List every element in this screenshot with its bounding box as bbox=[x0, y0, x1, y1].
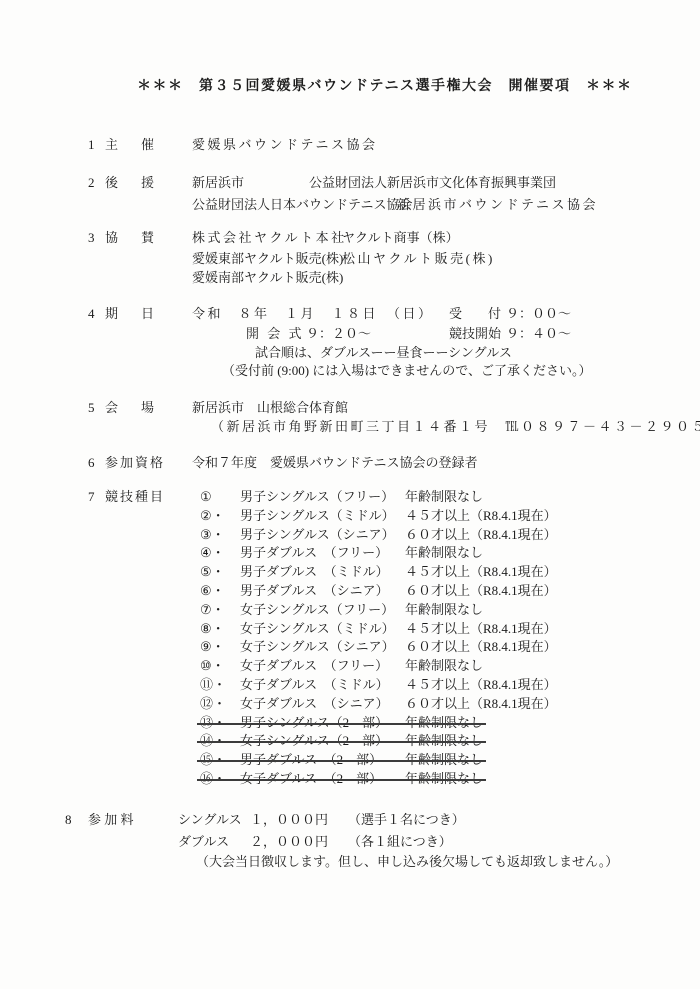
event-row: ⑥・ 男子ダブルス （シニア） ６０才以上（R8.4.1現在） bbox=[200, 582, 557, 601]
event-number: ⑩・ bbox=[200, 657, 240, 676]
section6-label: 参加資格 bbox=[105, 456, 165, 470]
reception-label: 受 付 bbox=[449, 307, 501, 321]
start-time: ９：４０～ bbox=[506, 327, 571, 341]
start-label: 競技開始 bbox=[449, 327, 501, 341]
fee-collection-note: （大会当日徴収します。但し、申し込み後欠場しても返却致しません。） bbox=[196, 855, 618, 869]
event-row: ⑧・ 女子シングルス（ミドル） ４５才以上（R8.4.1現在） bbox=[200, 620, 557, 639]
section7-number: 7 bbox=[88, 490, 95, 504]
event-row: ⑦・ 女子シングルス（フリー） 年齢制限なし bbox=[200, 601, 483, 620]
event-name: 女子ダブルス （2 部） bbox=[240, 770, 405, 789]
event-date: 令和 ８年 １月 １８日 （日） bbox=[192, 307, 434, 321]
opening-time: ９：２０～ bbox=[306, 327, 371, 341]
eligibility-text: 令和７年度 愛媛県バウンドテニス協会の登録者 bbox=[192, 456, 477, 470]
event-name: 女子シングルス（シニア） bbox=[240, 638, 405, 657]
event-age-restriction: 年齢制限なし bbox=[405, 751, 483, 770]
event-row: ① 男子シングルス（フリー） 年齢制限なし bbox=[200, 488, 483, 507]
event-age-restriction: ６０才以上（R8.4.1現在） bbox=[405, 582, 557, 601]
event-number: ⑪・ bbox=[200, 676, 240, 695]
event-age-restriction: 年齢制限なし bbox=[405, 714, 483, 733]
event-number: ⑮・ bbox=[200, 751, 240, 770]
fee1-type: シングルス bbox=[178, 813, 242, 827]
event-age-restriction: ６０才以上（R8.4.1現在） bbox=[405, 526, 557, 545]
section3-label: 協 賛 bbox=[105, 231, 159, 245]
event-row: ⑤・ 男子ダブルス （ミドル） ４５才以上（R8.4.1現在） bbox=[200, 563, 557, 582]
supporter-1: 新居浜市 bbox=[192, 176, 244, 190]
event-age-restriction: 年齢制限なし bbox=[405, 601, 483, 620]
event-name: 男子シングルス（シニア） bbox=[240, 526, 405, 545]
document-page: ＊＊＊ 第３５回愛媛県バウンドテニス選手権大会 開催要項 ＊＊＊ 1 主 催 愛… bbox=[0, 0, 700, 989]
event-age-restriction: 年齢制限なし bbox=[405, 657, 483, 676]
supporter-4: 新居浜市バウンドテニス協会 bbox=[397, 198, 598, 212]
supporter-3: 公益財団法人日本バウンドテニス協会 bbox=[192, 198, 412, 212]
sponsor-3: 愛媛東部ヤクルト販売(株) bbox=[192, 252, 343, 266]
event-number: ① bbox=[200, 488, 240, 507]
event-name: 男子シングルス（ミドル） bbox=[240, 507, 405, 526]
event-number: ⑬・ bbox=[200, 714, 240, 733]
section1-number: 1 bbox=[88, 138, 95, 152]
opening-label: 開 会 式 bbox=[246, 327, 304, 341]
sponsor-5: 愛媛南部ヤクルト販売(株) bbox=[192, 271, 343, 285]
event-row: ⑭・ 女子シングルス（2 部） 年齢制限なし bbox=[200, 732, 483, 751]
event-row: ⑫・ 女子ダブルス （シニア） ６０才以上（R8.4.1現在） bbox=[200, 695, 557, 714]
event-row: ②・ 男子シングルス（ミドル） ４５才以上（R8.4.1現在） bbox=[200, 507, 557, 526]
event-age-restriction: 年齢制限なし bbox=[405, 770, 483, 789]
event-number: ⑫・ bbox=[200, 695, 240, 714]
event-number: ⑦・ bbox=[200, 601, 240, 620]
event-age-restriction: ６０才以上（R8.4.1現在） bbox=[405, 638, 557, 657]
event-age-restriction: 年齢制限なし bbox=[405, 544, 483, 563]
venue-name: 新居浜市 山根総合体育館 bbox=[192, 401, 348, 415]
entry-note: （受付前 (9:00) には入場はできませんので、ご了承ください。） bbox=[222, 364, 592, 378]
event-age-restriction: ４５才以上（R8.4.1現在） bbox=[405, 620, 557, 639]
event-number: ⑤・ bbox=[200, 563, 240, 582]
section8-number: 8 bbox=[65, 813, 72, 827]
section7-label: 競技種目 bbox=[105, 490, 165, 504]
event-number: ④・ bbox=[200, 544, 240, 563]
match-order-note: 試合順は、ダブルスーー昼食ーーシングルス bbox=[255, 346, 512, 360]
event-name: 男子ダブルス （シニア） bbox=[240, 582, 405, 601]
event-number: ⑥・ bbox=[200, 582, 240, 601]
event-row: ⑬・ 男子シングルス（2 部） 年齢制限なし bbox=[200, 714, 483, 733]
event-age-restriction: 年齢制限なし bbox=[405, 732, 483, 751]
event-number: ⑭・ bbox=[200, 732, 240, 751]
event-name: 女子ダブルス （シニア） bbox=[240, 695, 405, 714]
doc-title: ＊＊＊ 第３５回愛媛県バウンドテニス選手権大会 開催要項 ＊＊＊ bbox=[137, 80, 632, 94]
section4-label: 期 日 bbox=[105, 307, 159, 321]
event-row: ⑩・ 女子ダブルス （フリー） 年齢制限なし bbox=[200, 657, 483, 676]
event-age-restriction: ４５才以上（R8.4.1現在） bbox=[405, 563, 557, 582]
event-name: 男子シングルス（2 部） bbox=[240, 714, 405, 733]
event-list: ① 男子シングルス（フリー） 年齢制限なし ②・ 男子シングルス（ミドル） ４５… bbox=[200, 488, 557, 789]
supporter-2: 公益財団法人新居浜市文化体育振興事業団 bbox=[309, 176, 556, 190]
section6-number: 6 bbox=[88, 456, 95, 470]
event-number: ⑨・ bbox=[200, 638, 240, 657]
section2-label: 後 援 bbox=[105, 176, 159, 190]
event-age-restriction: ４５才以上（R8.4.1現在） bbox=[405, 676, 557, 695]
reception-time: ９：００～ bbox=[506, 307, 571, 321]
event-age-restriction: 年齢制限なし bbox=[405, 488, 483, 507]
sponsor-2: ヤクルト商事（株） bbox=[342, 231, 459, 245]
fee2-type: ダブルス bbox=[178, 835, 229, 849]
sponsor-4: 松山ヤクルト販売(株) bbox=[342, 252, 495, 266]
event-name: 女子ダブルス （ミドル） bbox=[240, 676, 405, 695]
event-row: ③・ 男子シングルス（シニア） ６０才以上（R8.4.1現在） bbox=[200, 526, 557, 545]
section4-number: 4 bbox=[88, 307, 95, 321]
section2-number: 2 bbox=[88, 176, 95, 190]
fee2-amount: ２，０００円 bbox=[250, 835, 328, 849]
sponsor-1: 株式会社ヤクルト本社 bbox=[192, 231, 347, 245]
event-name: 女子シングルス（2 部） bbox=[240, 732, 405, 751]
event-name: 男子ダブルス （ミドル） bbox=[240, 563, 405, 582]
event-row: ⑯・ 女子ダブルス （2 部） 年齢制限なし bbox=[200, 770, 483, 789]
event-number: ⑯・ bbox=[200, 770, 240, 789]
event-row: ⑪・ 女子ダブルス （ミドル） ４５才以上（R8.4.1現在） bbox=[200, 676, 557, 695]
section5-number: 5 bbox=[88, 401, 95, 415]
section1-label: 主 催 bbox=[105, 138, 159, 152]
event-name: 女子シングルス（ミドル） bbox=[240, 620, 405, 639]
fee1-note: （選手１名につき） bbox=[348, 813, 465, 827]
section8-label: 参 加 料 bbox=[88, 813, 134, 827]
event-name: 男子シングルス（フリー） bbox=[240, 488, 405, 507]
event-name: 男子ダブルス （2 部） bbox=[240, 751, 405, 770]
event-row: ④・ 男子ダブルス （フリー） 年齢制限なし bbox=[200, 544, 483, 563]
section5-label: 会 場 bbox=[105, 401, 159, 415]
event-row: ⑨・ 女子シングルス（シニア） ６０才以上（R8.4.1現在） bbox=[200, 638, 557, 657]
organizer: 愛媛県バウンドテニス協会 bbox=[192, 138, 377, 152]
event-name: 女子ダブルス （フリー） bbox=[240, 657, 405, 676]
event-age-restriction: ６０才以上（R8.4.1現在） bbox=[405, 695, 557, 714]
venue-address: （新居浜市角野新田町三丁目１４番１号 ℡０８９７－４３－２９０５） bbox=[211, 420, 700, 434]
event-name: 女子シングルス（フリー） bbox=[240, 601, 405, 620]
event-age-restriction: ４５才以上（R8.4.1現在） bbox=[405, 507, 557, 526]
event-number: ⑧・ bbox=[200, 620, 240, 639]
section3-number: 3 bbox=[88, 231, 95, 245]
event-number: ③・ bbox=[200, 526, 240, 545]
fee1-amount: １，０００円 bbox=[250, 813, 328, 827]
fee2-note: （各１組につき） bbox=[348, 835, 452, 849]
event-number: ②・ bbox=[200, 507, 240, 526]
event-row: ⑮・ 男子ダブルス （2 部） 年齢制限なし bbox=[200, 751, 483, 770]
event-name: 男子ダブルス （フリー） bbox=[240, 544, 405, 563]
